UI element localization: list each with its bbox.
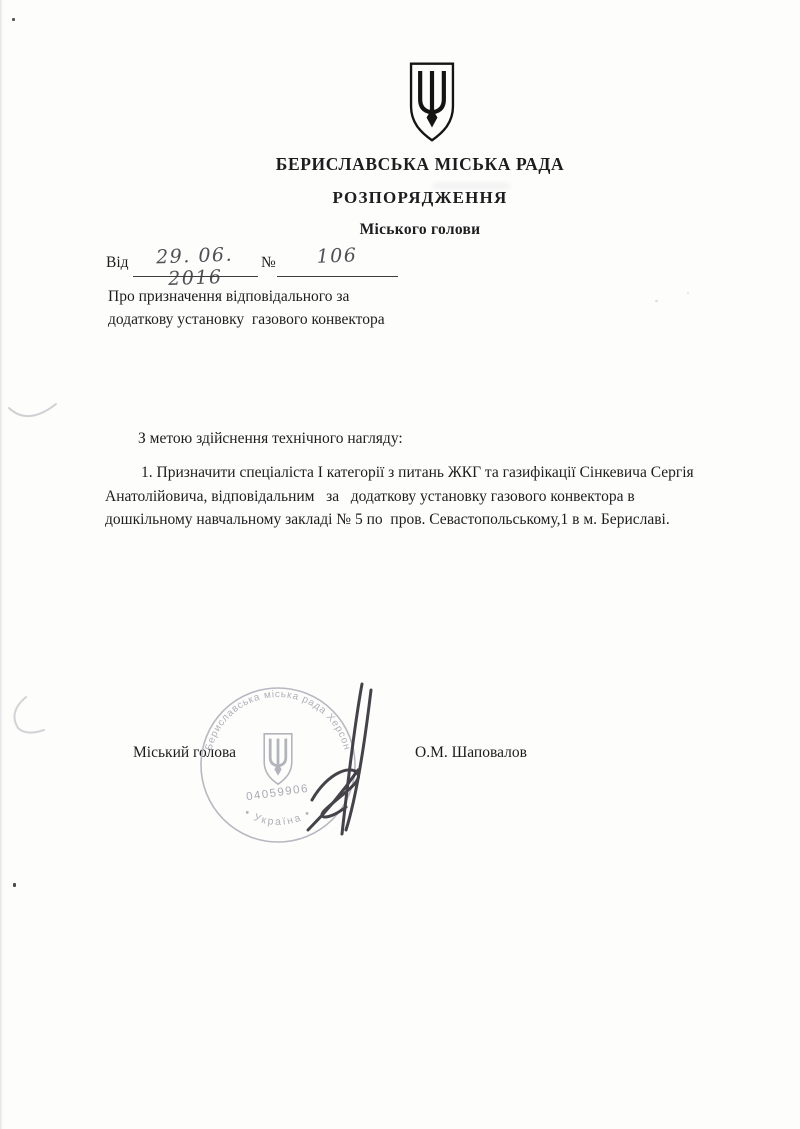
- scan-smear-artifact: [432, 183, 510, 189]
- handwritten-signature-icon: [300, 680, 390, 842]
- body-intro: З метою здійснення технічного нагляду:: [108, 430, 608, 448]
- scan-speck: [12, 18, 15, 21]
- subject-text: Про призначення відповідального за додат…: [108, 286, 538, 331]
- scan-speck: [655, 300, 658, 302]
- ukraine-trident-emblem: [404, 61, 460, 143]
- number-underline: [277, 276, 398, 277]
- body-paragraph: 1. Призначити спеціаліста І категорії з …: [105, 461, 785, 532]
- date-label: Від: [106, 254, 129, 272]
- margin-pencil-mark: [6, 398, 60, 428]
- stamp-trident-icon: [264, 734, 292, 784]
- handwritten-date: 29. 06. 2016: [133, 243, 256, 291]
- organization-name: БЕРИСЛАВСЬКА МІСЬКА РАДА: [40, 154, 800, 175]
- scanned-document-page: БЕРИСЛАВСЬКА МІСЬКА РАДА РОЗПОРЯДЖЕННЯ М…: [0, 0, 800, 1129]
- scan-speck: [13, 883, 16, 887]
- margin-pencil-mark: [4, 694, 52, 738]
- signer-name: О.М. Шаповалов: [415, 744, 527, 762]
- scan-edge-shadow: [0, 0, 3, 1129]
- document-subtype: Міського голови: [40, 221, 800, 239]
- handwritten-number: 106: [278, 243, 397, 269]
- scan-speck: [687, 292, 689, 294]
- document-type-title: РОЗПОРЯДЖЕННЯ: [40, 188, 800, 208]
- number-label: №: [261, 254, 276, 272]
- date-underline: [133, 276, 258, 277]
